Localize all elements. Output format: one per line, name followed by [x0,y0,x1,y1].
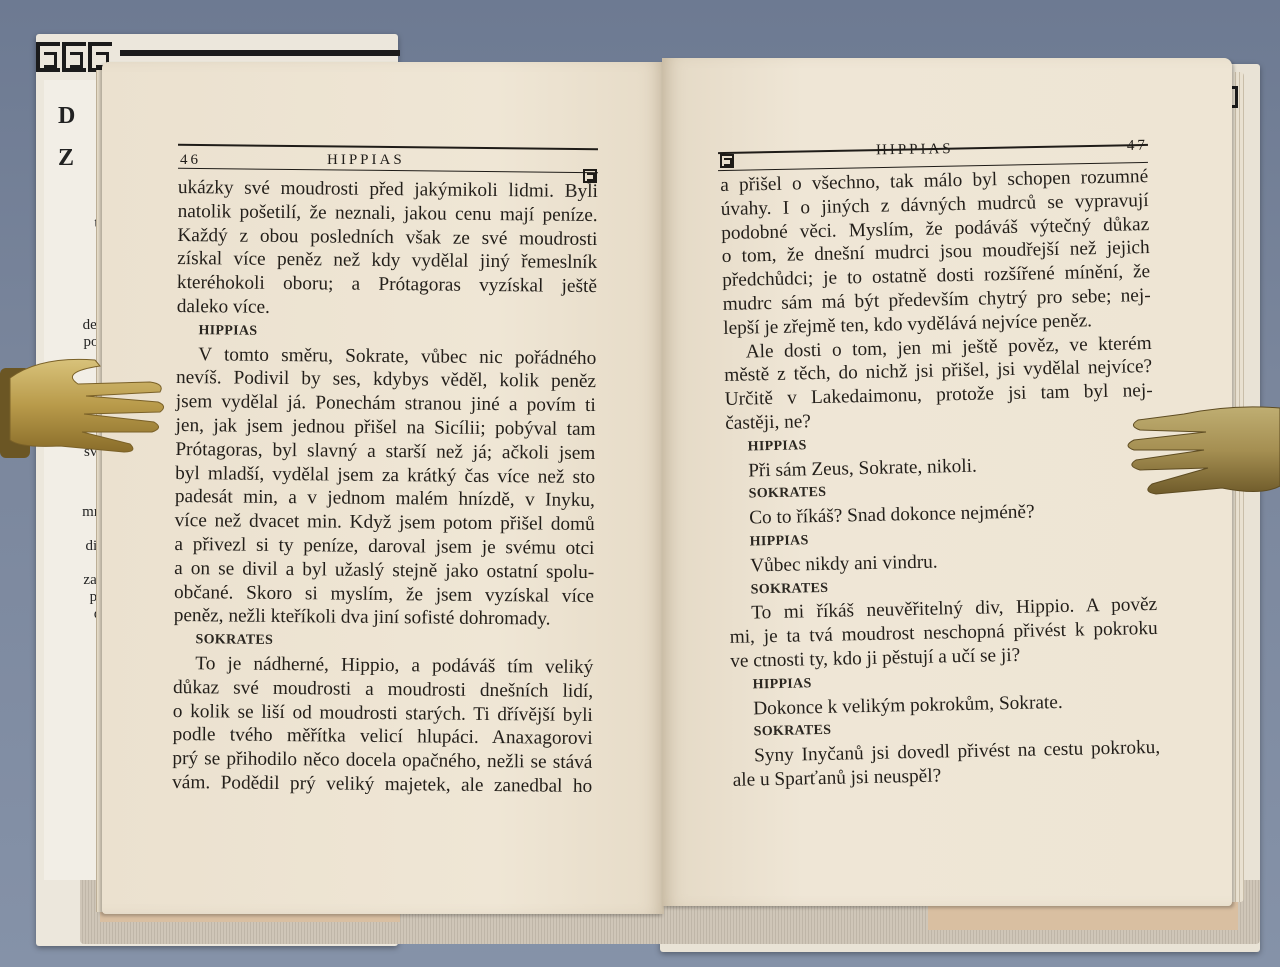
text-line: vám. Podědil prý veliký majetek, ale zan… [172,771,592,799]
ornament-rule [120,50,400,56]
text-line: a on se divil a byl užaslý stejně jako o… [174,557,594,585]
left-running-title: HIPPIAS [327,152,405,169]
text-line: natolik pošetilí, že neznali, jakou cenu… [178,200,598,228]
left-page-text: ukázky své moudrosti před jakýmikoli lid… [172,176,598,799]
brass-hand-left-icon [0,348,170,468]
text-line: Prótagoras, byl slavný a starší než já; … [175,438,595,466]
right-page-text: a přišel o všechno, tak málo byl schopen… [720,165,1161,793]
text-line: To je nádherné, Hippio, a podáváš tím ve… [173,652,593,680]
greek-key-corner-right-icon [720,154,734,168]
right-page-number: 47 [1127,138,1148,155]
speaker-label: HIPPIAS [176,319,596,347]
text-line: důkaz své moudrosti a moudrosti dnešních… [173,676,593,704]
fragment-heading-d: D [58,108,75,125]
fragment-heading-z: Z [58,150,74,167]
right-running-title: HIPPIAS [876,141,954,159]
left-page-header: 46 HIPPIAS [180,152,590,169]
brass-hand-right-icon [1122,396,1280,506]
left-page-number: 46 [180,152,201,169]
